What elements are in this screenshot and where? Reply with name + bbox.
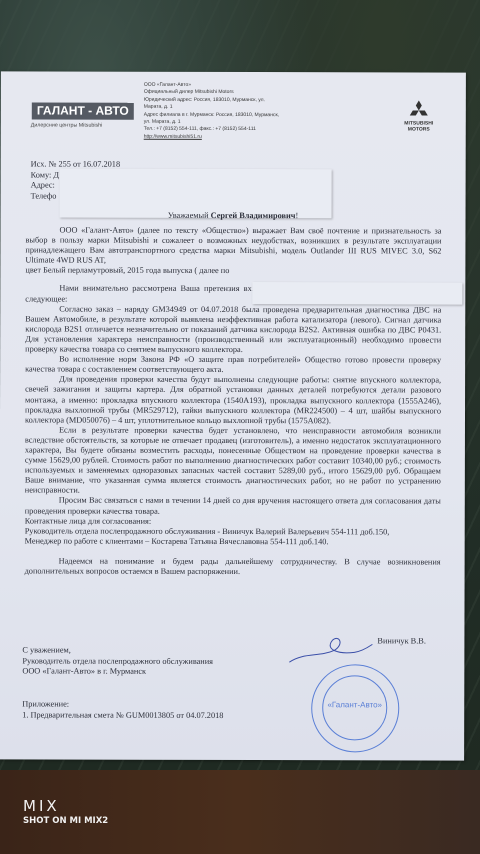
greeting: Уважаемый Сергей Владимирович! xyxy=(1,210,466,220)
letter-page: ГАЛАНТ - АВТО Дилерсние центры Mitsubish… xyxy=(0,71,466,760)
paragraph: цвет Белый перламутровый, 2015 года выпу… xyxy=(25,266,441,277)
galant-avto-logo: ГАЛАНТ - АВТО xyxy=(32,102,134,119)
paragraph: Если в результате проверки качества буде… xyxy=(25,425,441,497)
three-diamonds-icon xyxy=(408,100,430,120)
contact-line: Менеджер по работе с клиентами – Костаре… xyxy=(25,536,441,547)
attachment-item: 1. Предварительная смета № GUM0013805 от… xyxy=(22,710,223,721)
recipient-name: Сергей Владимирович xyxy=(211,211,296,220)
paragraph: Во исполнение норм Закона РФ «О защите п… xyxy=(25,355,441,376)
mitsubishi-logo: MITSUBISHI MOTORS xyxy=(394,100,444,132)
handwritten-signature-icon xyxy=(284,632,374,667)
attachment-label: Приложение: xyxy=(22,699,223,710)
contacts-label: Контактные лица для согласования: xyxy=(25,516,441,527)
to-label: Кому: Д xyxy=(31,170,59,181)
paragraph: ООО «Галант-Авто» (далее по тексту «Обще… xyxy=(25,225,441,266)
address-label: Адрес: xyxy=(31,180,55,191)
logo-subtitle: Дилерсние центры Mitsubishi xyxy=(31,122,137,128)
signer-name: Виничук В.В. xyxy=(377,636,426,645)
paragraph: Надеемся на понимание и будем рады дальн… xyxy=(25,556,441,577)
company-info: ООО «Галант-Авто» Официальный дилер Mits… xyxy=(144,82,314,142)
redaction-strip xyxy=(252,282,462,305)
camera-watermark: MIX SHOT ON MI MIX2 xyxy=(23,797,108,827)
paragraph: Просим Вас связаться с нами в течении 14… xyxy=(25,496,441,517)
website-link: http://www.mitsubishi51.ru xyxy=(144,134,314,142)
phone-label: Телефо xyxy=(31,191,57,202)
company-stamp: «Галант-Авто» xyxy=(311,664,399,752)
signature-block: С уважением, Руководитель отдела послепр… xyxy=(22,645,213,677)
letter-body: ООО «Галант-Авто» (далее по тексту «Обще… xyxy=(25,225,442,577)
paragraph: Для проведения проверки качества будут в… xyxy=(25,375,441,427)
attachment-block: Приложение: 1. Предварительная смета № G… xyxy=(22,699,223,721)
paragraph: Согласно заказ – наряду GM34949 от 04.07… xyxy=(25,304,441,356)
